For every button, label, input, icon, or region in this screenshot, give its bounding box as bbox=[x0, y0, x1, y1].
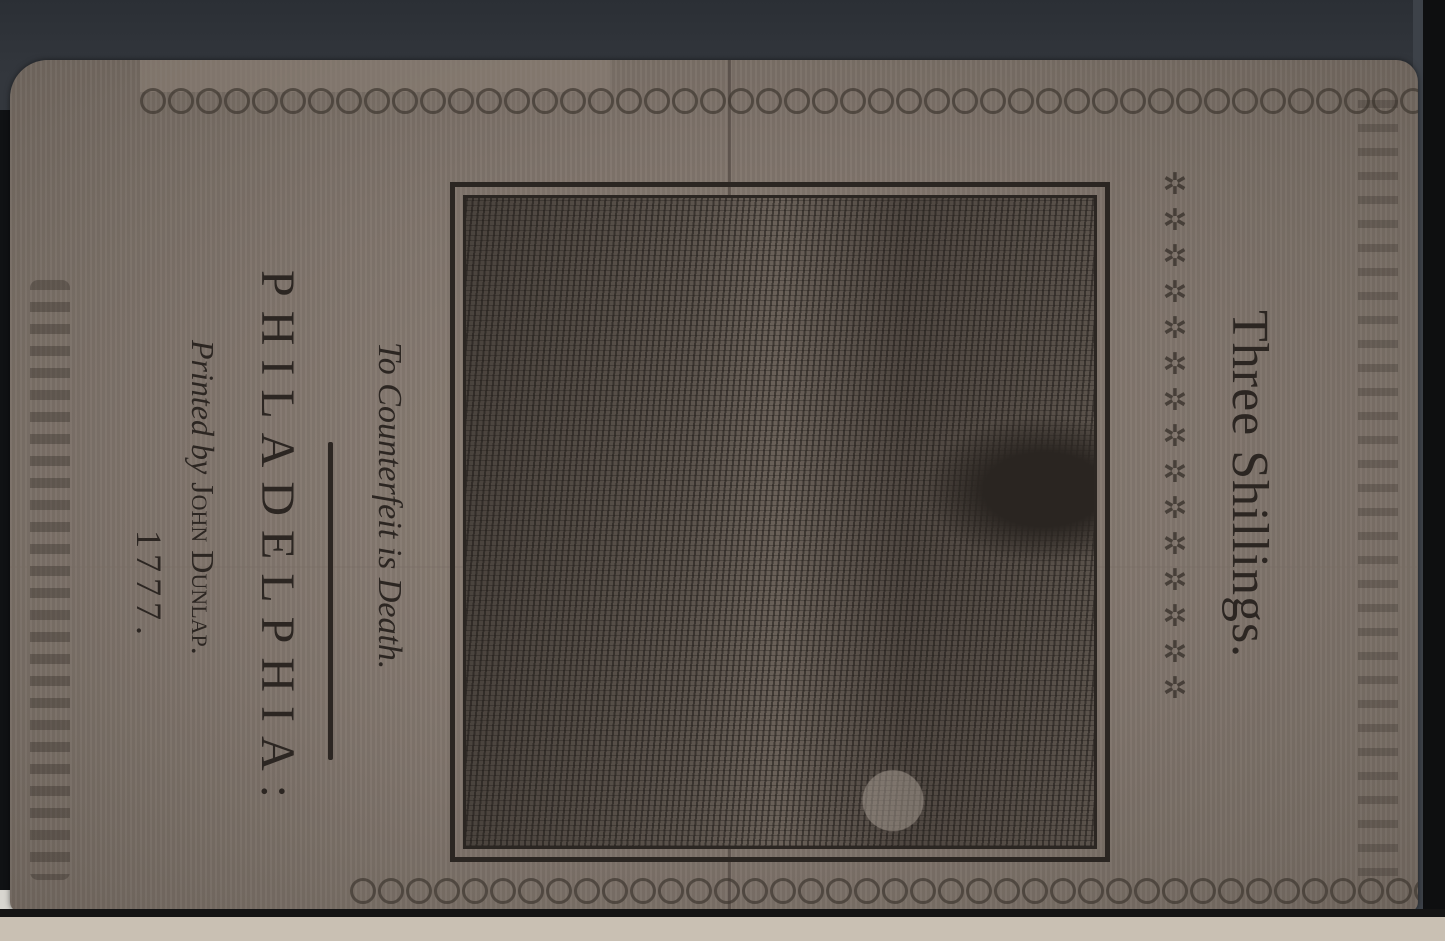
printer-name: John Dunlap. bbox=[185, 482, 221, 655]
star-ornament-icon: ✲ bbox=[1162, 314, 1187, 344]
border-loop-ornament bbox=[308, 88, 334, 114]
border-loop-ornament bbox=[588, 88, 614, 114]
border-loop-ornament bbox=[1260, 88, 1286, 114]
border-loop-ornament bbox=[378, 878, 404, 904]
border-loop-ornament bbox=[1022, 878, 1048, 904]
border-loop-ornament bbox=[420, 88, 446, 114]
border-loop-ornament bbox=[1204, 88, 1230, 114]
border-loop-ornament bbox=[1064, 88, 1090, 114]
border-loop-ornament bbox=[1162, 878, 1188, 904]
border-loop-ornament bbox=[490, 878, 516, 904]
border-loop-ornament bbox=[1274, 878, 1300, 904]
border-loop-ornament bbox=[434, 878, 460, 904]
border-loop-ornament bbox=[644, 88, 670, 114]
border-loop-ornament bbox=[392, 88, 418, 114]
ornamental-border-right bbox=[1358, 100, 1398, 890]
border-loop-ornament bbox=[700, 88, 726, 114]
border-loop-ornament bbox=[840, 88, 866, 114]
star-ornament-column: ✲✲✲✲✲✲✲✲✲✲✲✲✲✲✲ bbox=[1150, 170, 1200, 810]
star-ornament-icon: ✲ bbox=[1162, 350, 1187, 380]
border-loop-ornament bbox=[1190, 878, 1216, 904]
border-loop-ornament bbox=[1148, 88, 1174, 114]
border-loop-ornament bbox=[826, 878, 852, 904]
border-loop-ornament bbox=[168, 88, 194, 114]
border-loop-ornament bbox=[1134, 878, 1160, 904]
border-loop-ornament bbox=[896, 88, 922, 114]
border-loop-ornament bbox=[224, 88, 250, 114]
border-loop-ornament bbox=[476, 88, 502, 114]
ornamental-border-left bbox=[30, 280, 70, 880]
border-loop-ornament bbox=[1302, 878, 1328, 904]
denomination-text: Three Shillings. bbox=[1220, 310, 1279, 658]
border-loop-ornament bbox=[448, 88, 474, 114]
issue-year: 1777. bbox=[128, 530, 170, 641]
border-loop-ornament bbox=[1092, 88, 1118, 114]
border-loop-ornament bbox=[602, 878, 628, 904]
border-loop-ornament bbox=[952, 88, 978, 114]
banknote: ✲✲✲✲✲✲✲✲✲✲✲✲✲✲✲ Three Shillings. To Coun… bbox=[10, 60, 1418, 912]
star-ornament-icon: ✲ bbox=[1162, 566, 1187, 596]
border-loop-ornament bbox=[196, 88, 222, 114]
border-loop-ornament bbox=[658, 878, 684, 904]
border-loop-ornament bbox=[518, 878, 544, 904]
border-loop-ornament bbox=[1288, 88, 1314, 114]
star-ornament-icon: ✲ bbox=[1162, 170, 1187, 200]
rule-line bbox=[328, 442, 333, 760]
star-ornament-icon: ✲ bbox=[1162, 242, 1187, 272]
border-loop-ornament bbox=[1036, 88, 1062, 114]
border-loop-ornament bbox=[1414, 878, 1418, 904]
border-loop-ornament bbox=[714, 878, 740, 904]
border-loop-ornament bbox=[798, 878, 824, 904]
border-loop-ornament bbox=[364, 88, 390, 114]
border-loop-ornament bbox=[728, 88, 754, 114]
star-ornament-icon: ✲ bbox=[1162, 458, 1187, 488]
border-loop-ornament bbox=[672, 88, 698, 114]
border-loop-ornament bbox=[252, 88, 278, 114]
star-ornament-icon: ✲ bbox=[1162, 206, 1187, 236]
star-ornament-icon: ✲ bbox=[1162, 386, 1187, 416]
woodcut-engraving bbox=[463, 195, 1097, 849]
frame-right-edge bbox=[1423, 0, 1445, 941]
border-loop-ornament bbox=[686, 878, 712, 904]
border-loop-ornament bbox=[630, 878, 656, 904]
border-loop-ornament bbox=[1218, 878, 1244, 904]
border-loop-ornament bbox=[1120, 88, 1146, 114]
border-loop-ornament bbox=[546, 878, 572, 904]
border-loop-ornament bbox=[756, 88, 782, 114]
border-loop-ornament bbox=[560, 88, 586, 114]
border-loop-ornament bbox=[742, 878, 768, 904]
border-loop-ornament bbox=[336, 88, 362, 114]
border-loop-ornament bbox=[1246, 878, 1272, 904]
border-loop-ornament bbox=[1232, 88, 1258, 114]
border-loop-ornament bbox=[980, 88, 1006, 114]
border-loop-ornament bbox=[616, 88, 642, 114]
border-loop-ornament bbox=[350, 878, 376, 904]
border-loop-ornament bbox=[966, 878, 992, 904]
star-ornament-icon: ✲ bbox=[1162, 602, 1187, 632]
border-loop-ornament bbox=[504, 88, 530, 114]
frame-bottom-mat bbox=[0, 917, 1445, 941]
printer-prefix: Printed by bbox=[185, 340, 221, 474]
frame-bottom-edge bbox=[0, 909, 1445, 917]
star-ornament-icon: ✲ bbox=[1162, 422, 1187, 452]
star-ornament-icon: ✲ bbox=[1162, 638, 1187, 668]
border-loop-ornament bbox=[532, 88, 558, 114]
border-loop-ornament bbox=[1008, 88, 1034, 114]
border-loop-ornament bbox=[1316, 88, 1342, 114]
ornamental-border-top bbox=[140, 88, 1340, 118]
border-loop-ornament bbox=[938, 878, 964, 904]
border-loop-ornament bbox=[994, 878, 1020, 904]
border-loop-ornament bbox=[1050, 878, 1076, 904]
border-loop-ornament bbox=[140, 88, 166, 114]
border-loop-ornament bbox=[854, 878, 880, 904]
star-ornament-icon: ✲ bbox=[1162, 494, 1187, 524]
border-loop-ornament bbox=[1330, 878, 1356, 904]
border-loop-ornament bbox=[1106, 878, 1132, 904]
border-loop-ornament bbox=[280, 88, 306, 114]
border-loop-ornament bbox=[784, 88, 810, 114]
border-loop-ornament bbox=[1078, 878, 1104, 904]
border-loop-ornament bbox=[812, 88, 838, 114]
border-loop-ornament bbox=[406, 878, 432, 904]
printer-credit: Printed by John Dunlap. bbox=[184, 340, 221, 655]
woodcut-vignette bbox=[450, 182, 1110, 862]
border-loop-ornament bbox=[574, 878, 600, 904]
border-loop-ornament bbox=[1176, 88, 1202, 114]
border-loop-ornament bbox=[770, 878, 796, 904]
border-loop-ornament bbox=[462, 878, 488, 904]
border-loop-ornament bbox=[1400, 88, 1418, 114]
star-ornament-icon: ✲ bbox=[1162, 278, 1187, 308]
border-loop-ornament bbox=[910, 878, 936, 904]
border-loop-ornament bbox=[924, 88, 950, 114]
star-ornament-icon: ✲ bbox=[1162, 530, 1187, 560]
counterfeit-warning: To Counterfeit is Death. bbox=[370, 342, 408, 669]
border-loop-ornament bbox=[868, 88, 894, 114]
city-name: PHILADELPHIA: bbox=[250, 270, 305, 812]
border-loop-ornament bbox=[882, 878, 908, 904]
ornamental-border-bottom bbox=[350, 878, 1400, 908]
star-ornament-icon: ✲ bbox=[1162, 674, 1187, 704]
